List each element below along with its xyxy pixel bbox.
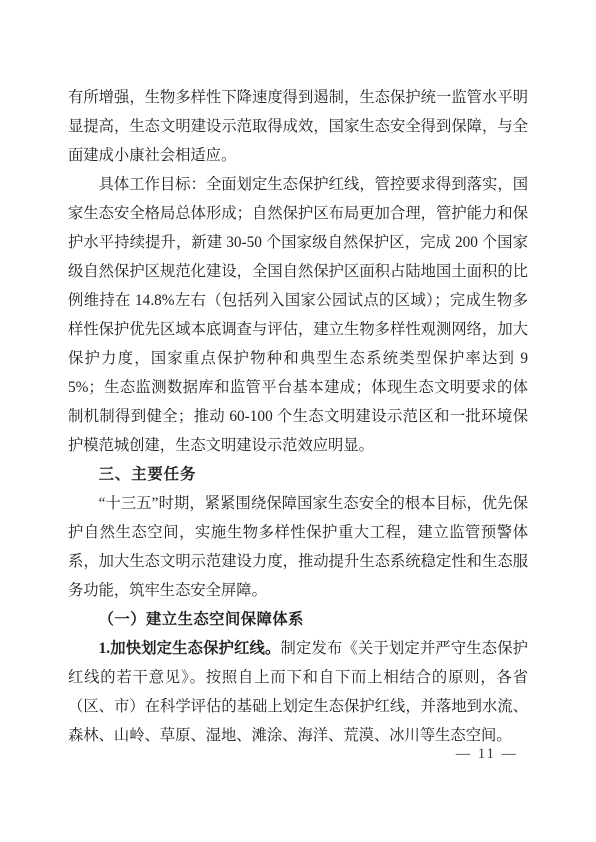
paragraph-thirteenth-five-plan: “十三五”时期，紧紧围绕保障国家生态安全的根本目标，优先保护自然生态空间，实施生… (68, 489, 528, 605)
task-1-lead: 1.加快划定生态保护红线。 (99, 640, 281, 657)
paragraph-task-1: 1.加快划定生态保护红线。制定发布《关于划定并严守生态保护红线的若干意见》。按照… (68, 634, 528, 750)
subsection-heading-ecospace-system: （一）建立生态空间保障体系 (68, 605, 528, 634)
document-page: 有所增强，生物多样性下降速度得到遏制，生态保护统一监管水平明显提高，生态文明建设… (0, 0, 596, 842)
paragraph-continuation: 有所增强，生物多样性下降速度得到遏制，生态保护统一监管水平明显提高，生态文明建设… (68, 83, 528, 170)
page-number: — 11 — (456, 744, 518, 764)
section-heading-main-tasks: 三、主要任务 (68, 460, 528, 489)
paragraph-work-goals: 具体工作目标：全面划定生态保护红线，管控要求得到落实，国家生态安全格局总体形成；… (68, 170, 528, 460)
text-block: 有所增强，生物多样性下降速度得到遏制，生态保护统一监管水平明显提高，生态文明建设… (68, 83, 528, 750)
